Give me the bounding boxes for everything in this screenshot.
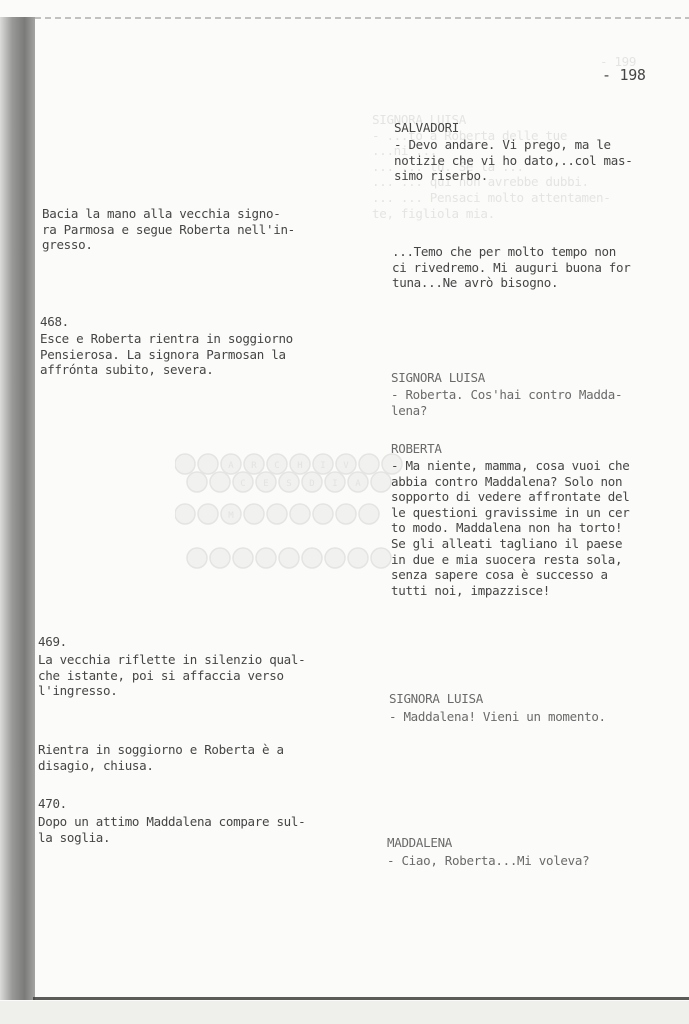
dialogue-maddalena: - Ciao, Roberta...Mi voleva?	[387, 853, 589, 869]
character-signora-luisa-2: SIGNORA LUISA	[389, 691, 483, 707]
svg-text:I: I	[320, 461, 325, 471]
dialogue-salvadori-1: - Devo andare. Vi prego, ma le notizie c…	[394, 137, 632, 184]
archive-watermark: ARCHIVCESDIAM	[175, 452, 405, 580]
svg-text:E: E	[263, 479, 268, 489]
dialogue-luisa-2: - Maddalena! Vieni un momento.	[389, 709, 606, 725]
svg-text:C: C	[274, 461, 279, 471]
character-salvadori: SALVADORI	[394, 120, 459, 136]
svg-text:H: H	[297, 461, 302, 471]
document-page: - 199 SIGNORA LUISA - ...to a Roberta de…	[0, 0, 689, 1024]
character-maddalena: MADDALENA	[387, 835, 452, 851]
stage-direction-2: Rientra in soggiorno e Roberta è a disag…	[38, 742, 284, 773]
scene-469-direction: La vecchia riflette in silenzio qual- ch…	[38, 652, 305, 699]
dialogue-salvadori-2: ...Temo che per molto tempo non ci rived…	[392, 244, 630, 291]
character-signora-luisa: SIGNORA LUISA	[391, 370, 485, 386]
scene-468-direction: Esce e Roberta rientra in soggiorno Pens…	[40, 331, 293, 378]
dialogue-luisa-1: - Roberta. Cos'hai contro Madda- lena?	[391, 387, 622, 418]
svg-text:I: I	[332, 479, 337, 489]
svg-text:D: D	[309, 479, 314, 489]
svg-text:A: A	[228, 461, 234, 471]
character-roberta: ROBERTA	[391, 441, 442, 457]
svg-text:S: S	[286, 479, 291, 489]
scene-number-468: 468.	[40, 314, 69, 330]
binding-shadow	[0, 17, 35, 1000]
stage-direction: Bacia la mano alla vecchia signo- ra Par…	[42, 206, 295, 253]
scene-number-470: 470.	[38, 796, 67, 812]
scene-470-direction: Dopo un attimo Maddalena compare sul- la…	[38, 814, 305, 845]
svg-text:C: C	[240, 479, 245, 489]
dialogue-roberta: - Ma niente, mamma, cosa vuoi che abbia …	[391, 458, 629, 598]
bottom-border-line	[33, 997, 689, 1000]
svg-text:R: R	[251, 461, 257, 471]
page-number: - 198	[602, 68, 646, 84]
svg-text:A: A	[355, 479, 361, 489]
top-border-line	[35, 17, 689, 19]
svg-text:V: V	[343, 461, 349, 471]
svg-text:M: M	[228, 511, 234, 521]
scene-number-469: 469.	[38, 634, 67, 650]
page-margin-strip	[0, 1001, 689, 1024]
